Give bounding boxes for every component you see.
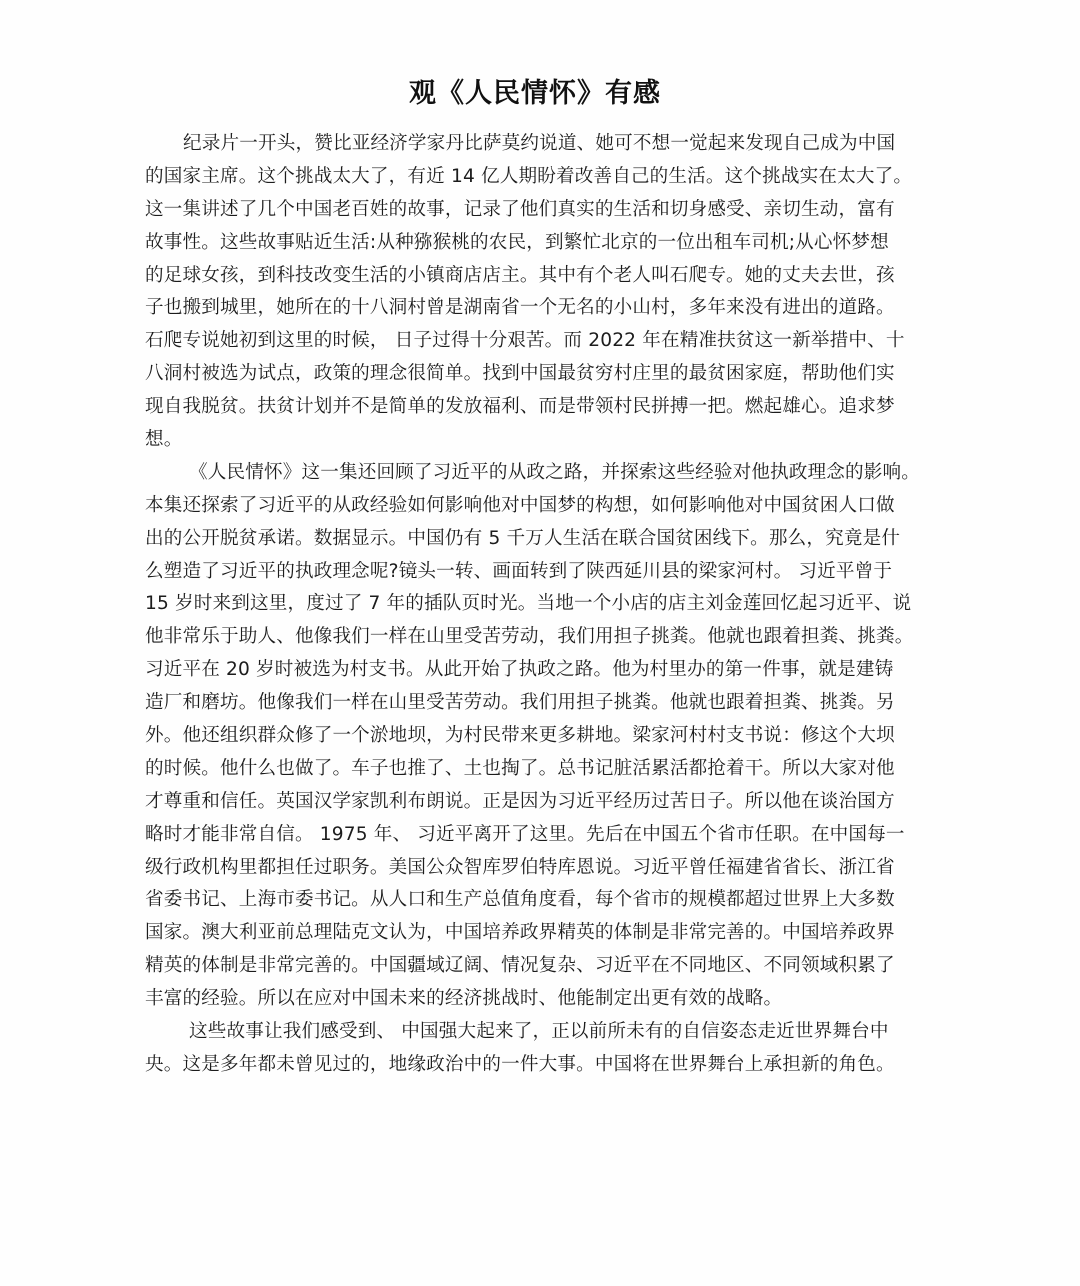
text-line: 的足球女孩，到科技改变生活的小镇商店店主。其中有个老人叫石爬专。她的丈夫去世，孩: [145, 260, 925, 293]
text-line: 么塑造了习近平的执政理念呢?镜头一转、画面转到了陕西延川县的梁家河村。 习近平曾…: [145, 556, 925, 589]
text-line: 的时候。他什么也做了。车子也推了、土也掏了。总书记脏活累活都抢着干。所以大家对他: [145, 753, 925, 786]
text-line: 《人民情怀》这一集还回顾了习近平的从政之路，并探索这些经验对他执政理念的影响。: [145, 457, 925, 490]
text-line: 这一集讲述了几个中国老百姓的故事，记录了他们真实的生活和切身感受、亲切生动，富有: [145, 194, 925, 227]
text-line: 出的公开脱贫承诺。数据显示。中国仍有 5 千万人生活在联合国贫困线下。那么，究竟…: [145, 523, 925, 556]
text-line: 他非常乐于助人、他像我们一样在山里受苦劳动，我们用担子挑粪。他就也跟着担粪、挑粪…: [145, 621, 925, 654]
text-line: 级行政机构里都担任过职务。美国公众智库罗伯特库恩说。习近平曾任福建省省长、浙江省: [145, 852, 925, 885]
text-line: 想。: [145, 424, 925, 457]
text-line: 才尊重和信任。英国汉学家凯利布朗说。正是因为习近平经历过苦日子。所以他在谈治国方: [145, 786, 925, 819]
text-line: 纪录片一开头，赞比亚经济学家丹比萨莫约说道、她可不想一觉起来发现自己成为中国: [145, 128, 925, 161]
text-line: 故事性。这些故事贴近生活:从种猕猴桃的农民，到繁忙北京的一位出租车司机;从心怀梦…: [145, 227, 925, 260]
document-title: 观《人民情怀》有感: [0, 74, 1070, 114]
text-line: 现自我脱贫。扶贫计划并不是简单的发放福利、而是带领村民拼搏一把。燃起雄心。追求梦: [145, 391, 925, 424]
text-line: 这些故事让我们感受到、 中国强大起来了，正以前所未有的自信姿态走近世界舞台中: [145, 1016, 925, 1049]
text-line: 的国家主席。这个挑战太大了，有近 14 亿人期盼着改善自己的生活。这个挑战实在太…: [145, 161, 925, 194]
text-line: 造厂和磨坊。他像我们一样在山里受苦劳动。我们用担子挑粪。他就也跟着担粪、挑粪。另: [145, 687, 925, 720]
text-line: 子也搬到城里，她所在的十八洞村曾是湖南省一个无名的小山村，多年来没有进出的道路。: [145, 292, 925, 325]
text-line: 略时才能非常自信。 1975 年、 习近平离开了这里。先后在中国五个省市任职。在…: [145, 819, 925, 852]
text-line: 省委书记、上海市委书记。从人口和生产总值角度看，每个省市的规模都超过世界上大多数: [145, 884, 925, 917]
text-line: 15 岁时来到这里，度过了 7 年的插队页时光。当地一个小店的店主刘金莲回忆起习…: [145, 588, 925, 621]
text-line: 石爬专说她初到这里的时候， 日子过得十分艰苦。而 2022 年在精准扶贫这一新举…: [145, 325, 925, 358]
text-line: 精英的体制是非常完善的。中国疆域辽阔、情况复杂、习近平在不同地区、不同领域积累了: [145, 950, 925, 983]
paragraph-2: 《人民情怀》这一集还回顾了习近平的从政之路，并探索这些经验对他执政理念的影响。 …: [145, 457, 925, 1016]
text-line: 外。他还组织群众修了一个淤地坝，为村民带来更多耕地。梁家河村村支书说：修这个大坝: [145, 720, 925, 753]
document-page: 观《人民情怀》有感 纪录片一开头，赞比亚经济学家丹比萨莫约说道、她可不想一觉起来…: [0, 0, 1080, 1286]
paragraph-1: 纪录片一开头，赞比亚经济学家丹比萨莫约说道、她可不想一觉起来发现自己成为中国 的…: [145, 128, 925, 457]
text-line: 丰富的经验。所以在应对中国未来的经济挑战时、他能制定出更有效的战略。: [145, 983, 925, 1016]
document-body: 纪录片一开头，赞比亚经济学家丹比萨莫约说道、她可不想一觉起来发现自己成为中国 的…: [145, 128, 925, 1082]
text-line: 八洞村被选为试点，政策的理念很简单。找到中国最贫穷村庄里的最贫困家庭，帮助他们实: [145, 358, 925, 391]
paragraph-3: 这些故事让我们感受到、 中国强大起来了，正以前所未有的自信姿态走近世界舞台中 央…: [145, 1016, 925, 1082]
text-line: 本集还探索了习近平的从政经验如何影响他对中国梦的构想，如何影响他对中国贫困人口做: [145, 490, 925, 523]
text-line: 央。这是多年都未曾见过的，地缘政治中的一件大事。中国将在世界舞台上承担新的角色。: [145, 1049, 925, 1082]
text-line: 习近平在 20 岁时被选为村支书。从此开始了执政之路。他为村里办的第一件事，就是…: [145, 654, 925, 687]
text-line: 国家。澳大利亚前总理陆克文认为，中国培养政界精英的体制是非常完善的。中国培养政界: [145, 917, 925, 950]
